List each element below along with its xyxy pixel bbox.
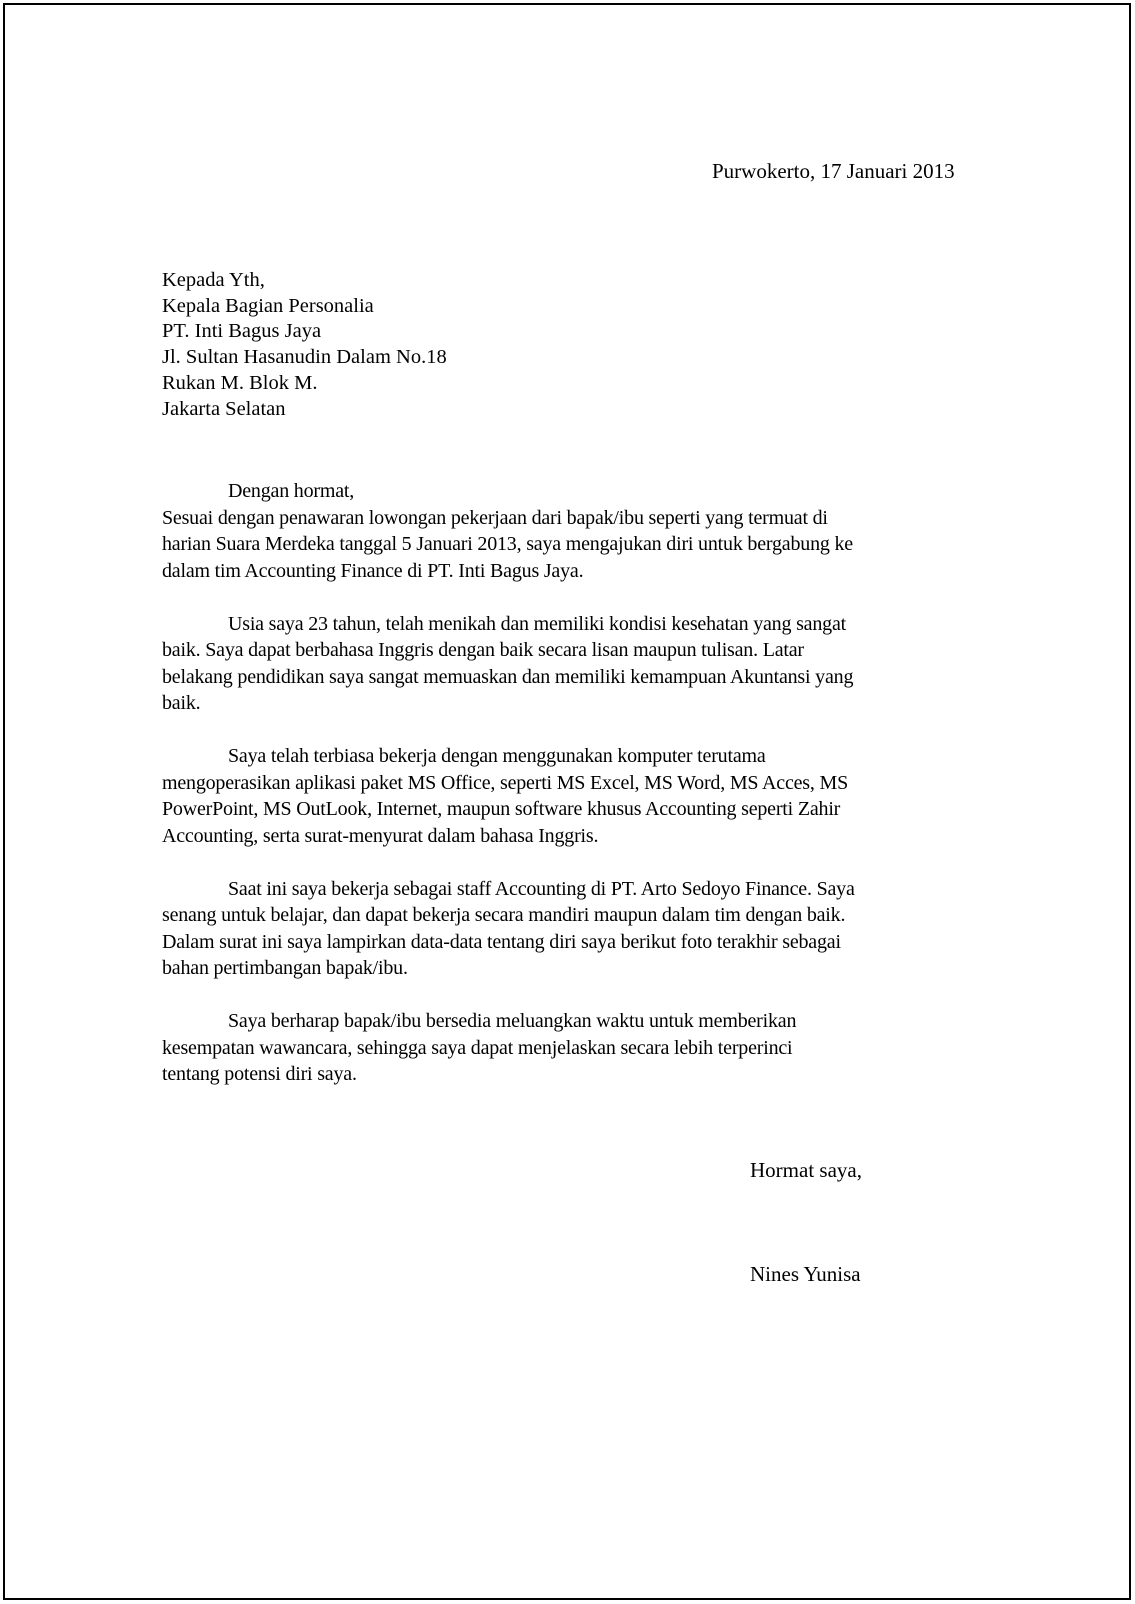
body-paragraph-5: Saya berharap bapak/ibu bersedia meluang… — [162, 1008, 974, 1088]
letter-body: Dengan hormat, Sesuai dengan penawaran l… — [162, 478, 974, 1088]
signature-name: Nines Yunisa — [750, 1261, 861, 1287]
body-paragraph-2: Usia saya 23 tahun, telah menikah dan me… — [162, 611, 974, 717]
letter-page: Purwokerto, 17 Januari 2013 Kepada Yth, … — [0, 0, 1135, 1604]
recipient-line-city: Jakarta Selatan — [162, 397, 447, 423]
recipient-line-attention: Kepada Yth, — [162, 268, 447, 294]
date-line: Purwokerto, 17 Januari 2013 — [712, 158, 955, 184]
recipient-line-building: Rukan M. Blok M. — [162, 371, 447, 397]
recipient-line-street: Jl. Sultan Hasanudin Dalam No.18 — [162, 345, 447, 371]
recipient-line-title: Kepala Bagian Personalia — [162, 294, 447, 320]
body-paragraph-1: Sesuai dengan penawaran lowongan pekerja… — [162, 505, 974, 585]
body-paragraph-4: Saat ini saya bekerja sebagai staff Acco… — [162, 876, 974, 982]
salutation: Dengan hormat, — [162, 478, 974, 505]
body-paragraph-3: Saya telah terbiasa bekerja dengan mengg… — [162, 743, 974, 849]
recipient-block: Kepada Yth, Kepala Bagian Personalia PT.… — [162, 268, 447, 422]
closing-phrase: Hormat saya, — [750, 1157, 862, 1183]
recipient-line-company: PT. Inti Bagus Jaya — [162, 319, 447, 345]
